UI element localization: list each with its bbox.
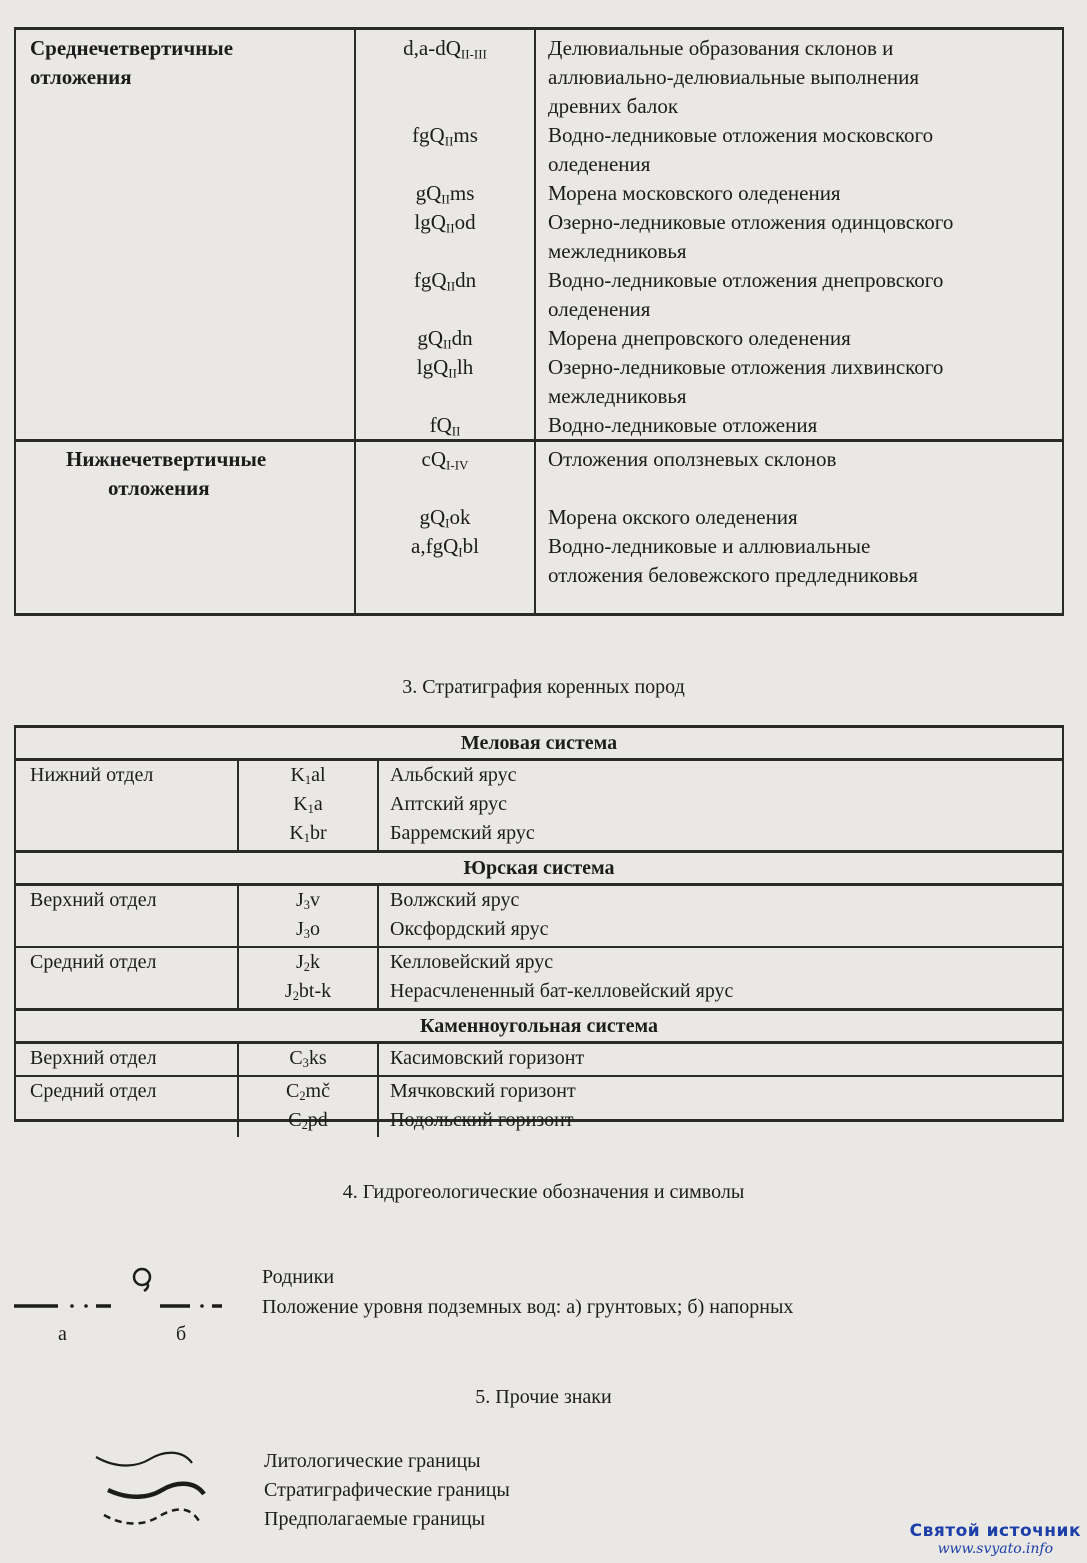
unit-names: Касимовский горизонт [390, 1044, 584, 1073]
division-name: Верхний отдел [30, 886, 157, 915]
legend-label-stratigraphic: Стратиграфические границы [264, 1476, 510, 1504]
legend-label-groundwater-level: Положение уровня подземных вод: а) грунт… [262, 1293, 793, 1321]
quaternary-deposits-table: Среднечетвертичные отложения Нижнечетвер… [14, 27, 1064, 616]
legend-label-springs: Родники [262, 1263, 334, 1291]
deposit-code: gQIIms [356, 179, 534, 208]
division-name: Средний отдел [30, 1077, 156, 1106]
division-name: Верхний отдел [30, 1044, 157, 1073]
deposit-code: a,fgQIbl [356, 532, 534, 561]
unit-names: Волжский ярусОксфордский ярус [390, 886, 548, 944]
watermark-name: Святой источник [910, 1521, 1081, 1541]
assumed-boundary-icon [100, 1503, 210, 1538]
bedrock-stratigraphy-table: Меловая системаНижний отделK1alK1aK1brАл… [14, 725, 1064, 1122]
watermark-url: www.svyato.info [910, 1541, 1081, 1557]
unit-names: Альбский ярусАптский ярусБарремский ярус [390, 761, 535, 848]
spring-icon [130, 1265, 160, 1300]
deposit-code: d,a-dQII-III [356, 34, 534, 63]
deposit-description: Морена днепровского оледенения [548, 324, 1058, 353]
division-row: Нижний отделK1alK1aK1brАльбский ярусАптс… [16, 761, 1062, 850]
deposit-description: Делювиальные образования склонов иаллюви… [548, 34, 1058, 121]
unit-codes: C2mčC2pd [237, 1077, 379, 1137]
deposit-description: Морена московского оледенения [548, 179, 1058, 208]
group-title-lower-quaternary: Нижнечетвертичные отложения [66, 445, 266, 503]
deposit-code: gQIIdn [356, 324, 534, 353]
system-header: Меловая система [16, 728, 1062, 761]
deposit-code: gQIok [356, 503, 534, 532]
groundwater-level-icon [12, 1296, 227, 1321]
deposit-description: Водно-ледниковые отложения [548, 411, 1058, 440]
system-header: Юрская система [16, 850, 1062, 886]
deposit-code: fgQIIms [356, 121, 534, 150]
section-3-title: 3. Стратиграфия коренных пород [0, 674, 1087, 700]
section-5-title: 5. Прочие знаки [0, 1384, 1087, 1410]
deposit-code: lgQIIlh [356, 353, 534, 382]
division-row: Верхний отделC3ksКасимовский горизонт [16, 1044, 1062, 1075]
deposit-description: Озерно-ледниковые отложения одинцовского… [548, 208, 1058, 266]
deposit-description: Водно-ледниковые отложения московскогоол… [548, 121, 1058, 179]
unit-codes: J2kJ2bt-k [237, 948, 379, 1008]
deposit-description: Морена окского оледенения [548, 503, 1058, 532]
system-header: Каменноугольная система [16, 1008, 1062, 1044]
deposit-code: fQII [356, 411, 534, 440]
legend-label-lithologic: Литологические границы [264, 1447, 481, 1475]
unit-codes: J3vJ3o [237, 886, 379, 946]
unit-codes: C3ks [237, 1044, 379, 1075]
deposit-code: lgQIIod [356, 208, 534, 237]
division-row: Верхний отделJ3vJ3oВолжский ярусОксфордс… [16, 886, 1062, 946]
deposit-code: cQI-IV [356, 445, 534, 474]
group-title-middle-quaternary: Среднечетвертичные отложения [30, 34, 233, 92]
division-name: Средний отдел [30, 948, 156, 977]
watermark-logo: Святой источник www.svyato.info [910, 1521, 1081, 1557]
column-divider [534, 30, 536, 613]
sublabel-a: а [58, 1320, 67, 1348]
unit-codes: K1alK1aK1br [237, 761, 379, 850]
sublabel-b: б [176, 1320, 186, 1348]
deposit-description: Водно-ледниковые и аллювиальныеотложения… [548, 532, 1058, 590]
legend-label-assumed: Предполагаемые границы [264, 1505, 485, 1533]
division-row: Средний отделJ2kJ2bt-kКелловейский ярусН… [16, 946, 1062, 1008]
deposit-description: Водно-ледниковые отложения днепровскогоо… [548, 266, 1058, 324]
unit-names: Мячковский горизонтПодольский горизонт [390, 1077, 576, 1135]
division-name: Нижний отдел [30, 761, 153, 790]
deposit-description: Озерно-ледниковые отложения лихвинскогом… [548, 353, 1058, 411]
deposit-code: fgQIIdn [356, 266, 534, 295]
division-row: Средний отделC2mčC2pdМячковский горизонт… [16, 1075, 1062, 1137]
unit-names: Келловейский ярусНерасчлененный бат-келл… [390, 948, 733, 1006]
deposit-description: Отложения оползневых склонов [548, 445, 1058, 474]
section-4-title: 4. Гидрогеологические обозначения и симв… [0, 1179, 1087, 1205]
